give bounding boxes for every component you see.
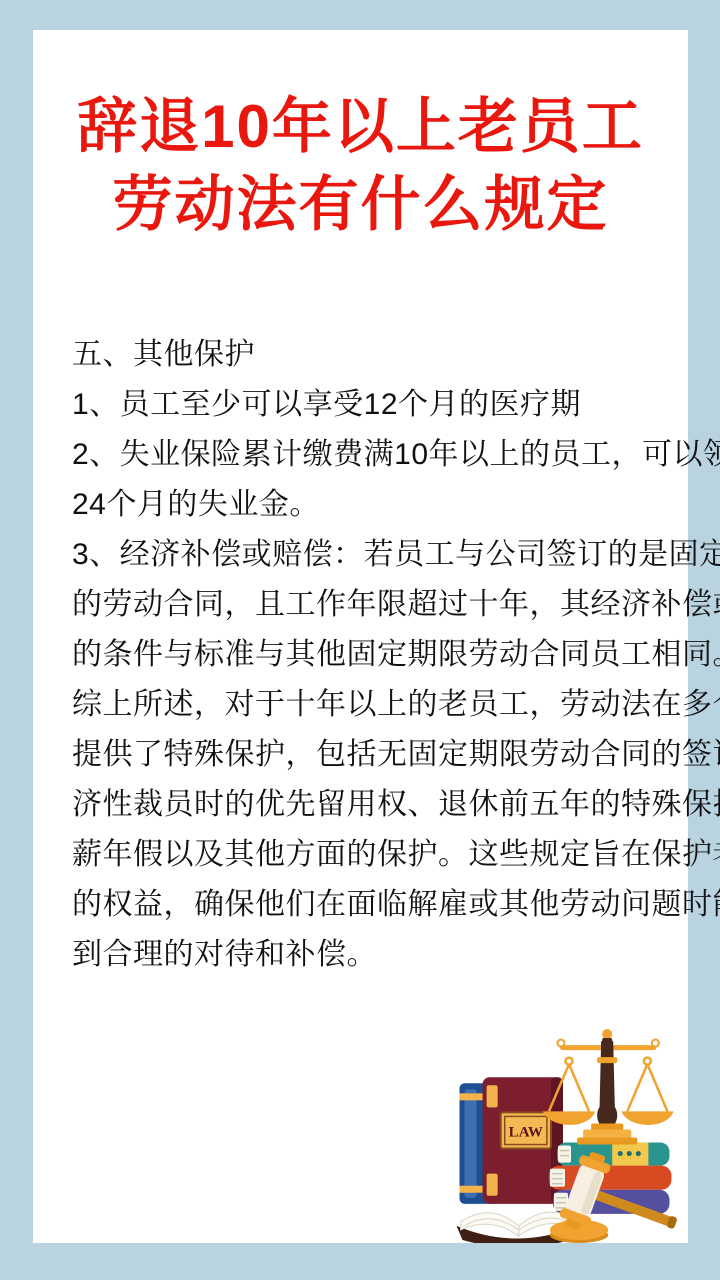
body-line: 2、失业保险累计缴费满10年以上的员工，可以领取 — [72, 430, 650, 480]
law-book-label: LAW — [509, 1125, 543, 1141]
body-line: 的劳动合同，且工作年限超过十年，其经济补偿或赔偿 — [72, 580, 650, 630]
law-illustration-icon: LAW — [456, 1027, 678, 1243]
content-card: 辞退10年以上老员工 劳动法有什么规定 五、其他保护 1、员工至少可以享受12个… — [33, 30, 688, 1243]
body-line: 薪年假以及其他方面的保护。这些规定旨在保护老员工 — [72, 830, 650, 880]
body-line: 五、其他保护 — [72, 330, 650, 380]
page-title-line1: 辞退10年以上老员工 — [33, 88, 688, 166]
body-line: 综上所述，对于十年以上的老员工，劳动法在多个方面 — [72, 680, 650, 730]
body-line: 提供了特殊保护，包括无固定期限劳动合同的签订、经 — [72, 730, 650, 780]
page-title-line2: 劳动法有什么规定 — [33, 166, 688, 244]
page-title: 辞退10年以上老员工 劳动法有什么规定 — [33, 88, 688, 244]
body-line: 的权益，确保他们在面临解雇或其他劳动问题时能够得 — [72, 880, 650, 930]
body-line: 到合理的对待和补偿。 — [72, 930, 650, 980]
poster-page: { "page": { "background_color": "#b9d3e0… — [0, 0, 720, 1280]
body-line: 3、经济补偿或赔偿：若员工与公司签订的是固定期限 — [72, 530, 650, 580]
body-line: 的条件与标准与其他固定期限劳动合同员工相同。 — [72, 630, 650, 680]
body-line: 济性裁员时的优先留用权、退休前五年的特殊保护、带 — [72, 780, 650, 830]
body-text: 五、其他保护 1、员工至少可以享受12个月的医疗期 2、失业保险累计缴费满10年… — [72, 330, 650, 980]
body-line: 24个月的失业金。 — [72, 480, 650, 530]
body-line: 1、员工至少可以享受12个月的医疗期 — [72, 380, 650, 430]
